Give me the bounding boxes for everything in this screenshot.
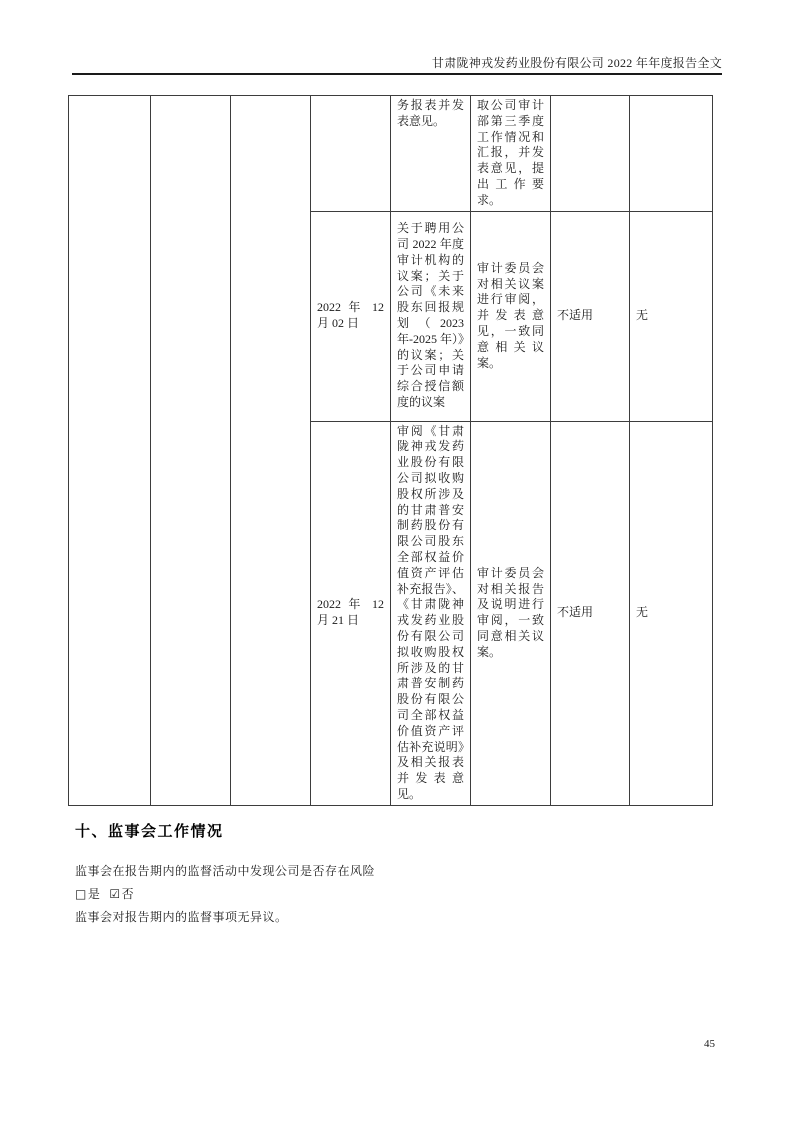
option-no: ☑否	[109, 887, 134, 901]
other-performance-cell	[551, 96, 630, 212]
option-yes-label: 是	[88, 887, 101, 901]
page-number: 45	[704, 1038, 715, 1050]
checkbox-checked-icon: ☑	[109, 887, 120, 901]
opinion-cell: 审计委员会对相关议案进行审阅，并发表意见，一致同意相关议案。	[471, 211, 551, 421]
other-performance-cell: 不适用	[551, 421, 630, 805]
merged-empty-cell-1	[69, 96, 151, 806]
conclusion-text: 监事会对报告期内的监督事项无异议。	[75, 908, 288, 925]
risk-question-text: 监事会在报告期内的监督活动中发现公司是否存在风险	[75, 862, 375, 879]
other-performance-cell: 不适用	[551, 211, 630, 421]
table-row: 务报表并发表意见。 取公司审计部第三季度工作情况和汇报，并发表意见，提出工作要求…	[69, 96, 713, 212]
meeting-date-cell: 2022 年 12 月 21 日	[311, 421, 391, 805]
risk-answer-options: □是☑否	[75, 885, 143, 902]
meeting-content-cell: 关于聘用公司 2022 年度审计机构的议案；关于公司《未来股东回报规划（2023…	[391, 211, 471, 421]
committee-meetings-table: 务报表并发表意见。 取公司审计部第三季度工作情况和汇报，并发表意见，提出工作要求…	[68, 95, 713, 806]
report-page: 甘肃陇神戎发药业股份有限公司 2022 年年度报告全文 务报表并发表意见。 取公…	[0, 0, 793, 1122]
section-title: 十、监事会工作情况	[75, 820, 224, 841]
merged-empty-cell-2	[151, 96, 231, 806]
objection-cell: 无	[630, 211, 713, 421]
objection-cell	[630, 96, 713, 212]
objection-cell: 无	[630, 421, 713, 805]
header-rule	[72, 73, 722, 75]
option-no-label: 否	[122, 887, 135, 901]
checkbox-unchecked-icon: □	[75, 887, 87, 901]
option-yes: □是	[75, 887, 100, 901]
opinion-cell: 审计委员会对相关报告及说明进行审阅，一致同意相关议案。	[471, 421, 551, 805]
opinion-cell: 取公司审计部第三季度工作情况和汇报，并发表意见，提出工作要求。	[471, 96, 551, 212]
meeting-date-cell	[311, 96, 391, 212]
merged-empty-cell-3	[231, 96, 311, 806]
meeting-content-cell: 务报表并发表意见。	[391, 96, 471, 212]
meeting-date-cell: 2022 年 12 月 02 日	[311, 211, 391, 421]
meeting-content-cell: 审阅《甘肃陇神戎发药业股份有限公司拟收购股权所涉及的甘肃普安制药股份有限公司股东…	[391, 421, 471, 805]
running-header: 甘肃陇神戎发药业股份有限公司 2022 年年度报告全文	[432, 54, 722, 71]
